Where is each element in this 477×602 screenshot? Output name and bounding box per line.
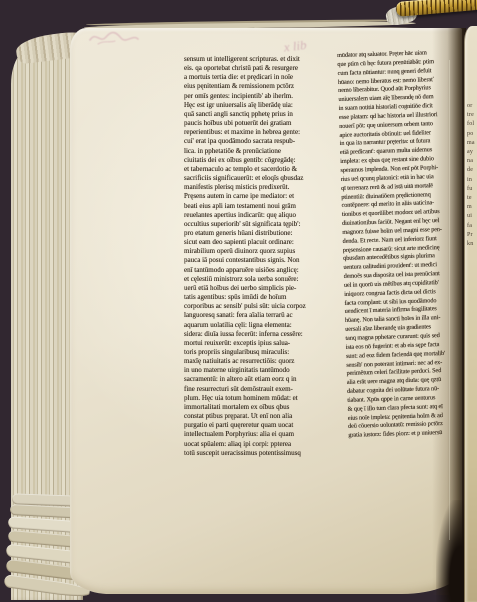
page-crease-highlight: [449, 60, 450, 540]
book-photograph: x lib sensum ut intelligerent scripturas…: [0, 0, 477, 602]
faded-ink-inscription-left: [88, 28, 140, 48]
facing-page-edge: or tre fol po ma ay na de in fu te m ui …: [464, 26, 477, 602]
gutter-deep-shadow: [436, 500, 466, 602]
facing-page-text-sliver: or tre fol po ma ay na de in fu te m ui …: [467, 102, 477, 272]
handwriting-squiggle: [88, 28, 140, 48]
gilt-fore-edge: [395, 0, 477, 17]
text-column-left: sensum ut intelligerent scripturas. et d…: [184, 55, 344, 461]
